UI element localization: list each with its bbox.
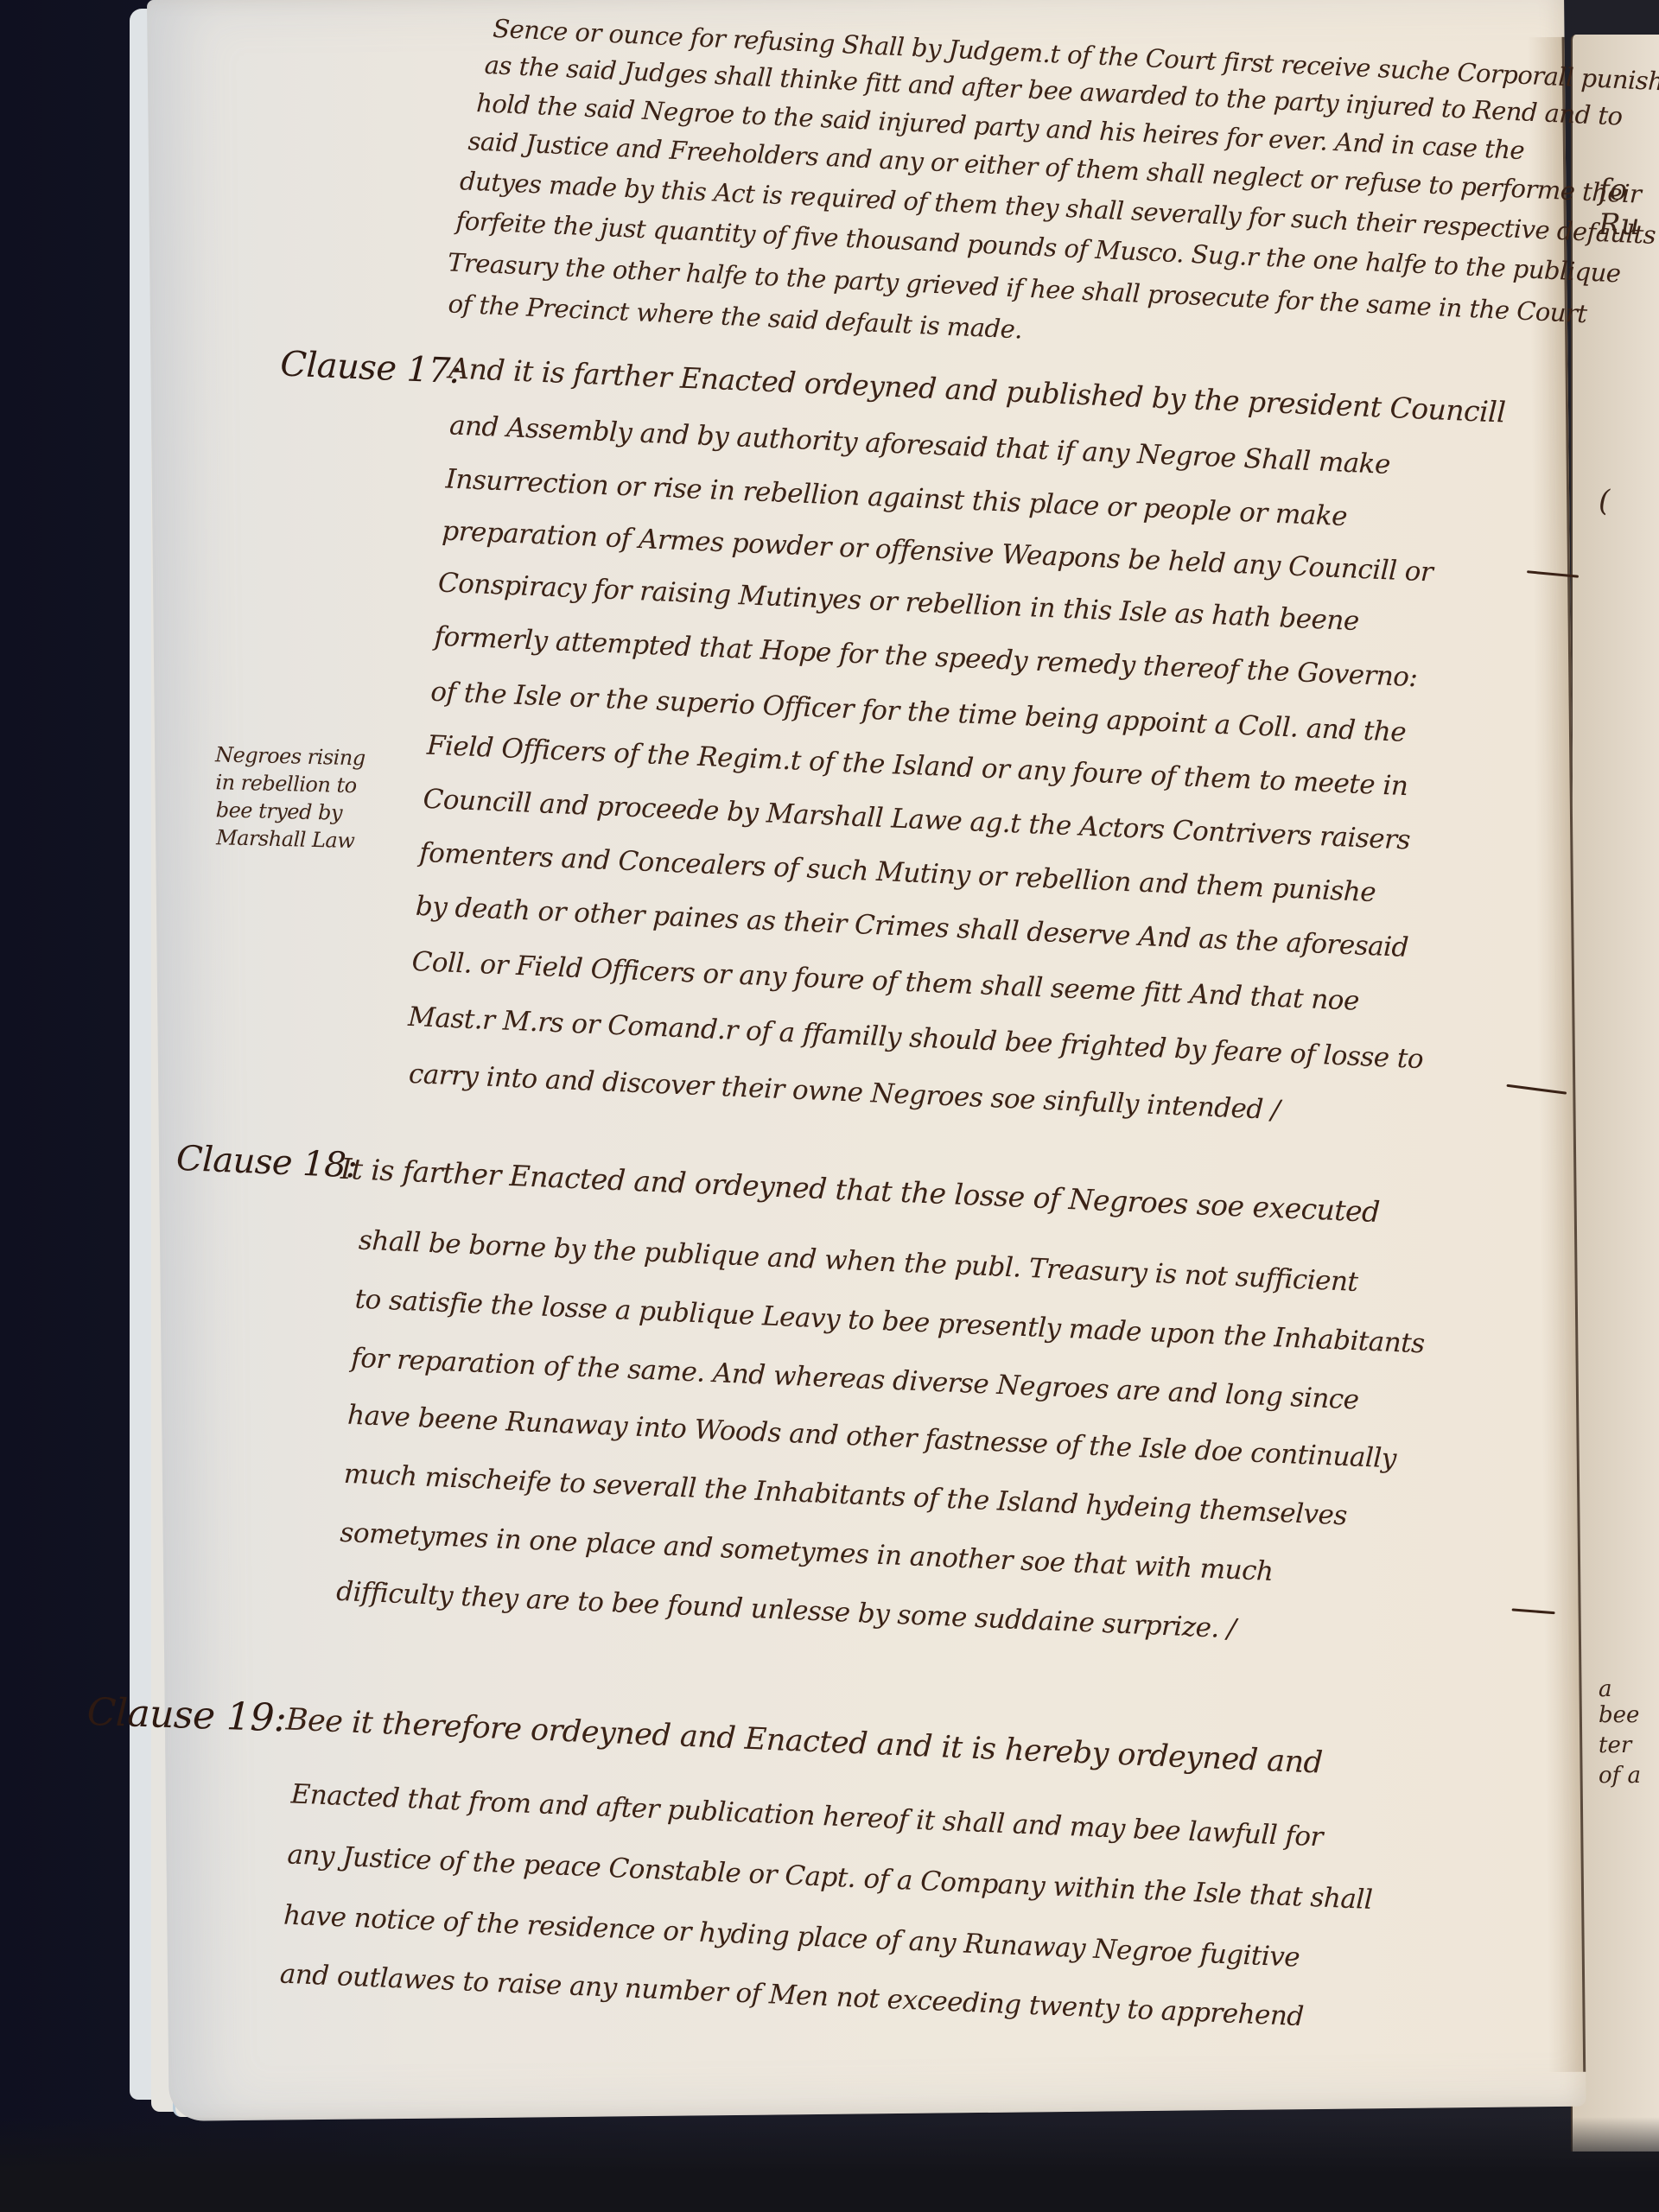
- text-line: to satisfie the losse a publique Leavy t…: [354, 1284, 1425, 1360]
- margin-note: Marshall Law: [216, 825, 355, 853]
- page-bottom-shadow: [0, 2117, 1659, 2212]
- facing-page-fragment: (: [1599, 484, 1610, 518]
- facing-page-fragment: ter: [1599, 1732, 1631, 1758]
- text-line: sometymes in one place and sometymes in …: [340, 1517, 1274, 1587]
- text-line: It is farther Enacted and ordeyned that …: [340, 1152, 1380, 1229]
- text-line: much mischeife to severall the Inhabitan…: [343, 1459, 1347, 1532]
- clause-label: Clause 18:: [175, 1139, 358, 1186]
- text-line: for reparation of the same. And whereas …: [351, 1343, 1360, 1416]
- text-line: any Justice of the peace Constable or Ca…: [287, 1839, 1373, 1916]
- text-line: difficulty they are to bee found unlesse…: [336, 1576, 1236, 1645]
- clause-label: Clause 17:: [279, 344, 461, 391]
- text-line: carry into and discover their owne Negro…: [408, 1058, 1281, 1126]
- text-line: Enacted that from and after publication …: [290, 1778, 1324, 1853]
- text-line: shall be borne by the publique and when …: [358, 1225, 1358, 1298]
- margin-note: bee tryed by: [215, 798, 342, 825]
- margin-note: in rebellion to: [215, 770, 357, 798]
- text-line: have notice of the residence or hyding p…: [283, 1899, 1300, 1973]
- text-line: and outlawes to raise any number of Men …: [279, 1959, 1304, 2033]
- facing-page: fo Ru ( a bee ter of a: [1571, 35, 1659, 2152]
- text-line: Coll. or Field Officers or any foure of …: [411, 946, 1360, 1017]
- facing-page-fragment: a: [1599, 1676, 1612, 1702]
- facing-page-fragment: bee: [1599, 1702, 1639, 1728]
- margin-note: Negroes rising: [215, 742, 365, 770]
- clause-label: Clause 19:: [86, 1690, 287, 1741]
- facing-page-fragment: of a: [1599, 1763, 1641, 1789]
- manuscript-page: Sence or ounce for refusing Shall by Jud…: [147, 0, 1586, 2121]
- text-line: Bee it therefore ordeyned and Enacted an…: [285, 1702, 1323, 1780]
